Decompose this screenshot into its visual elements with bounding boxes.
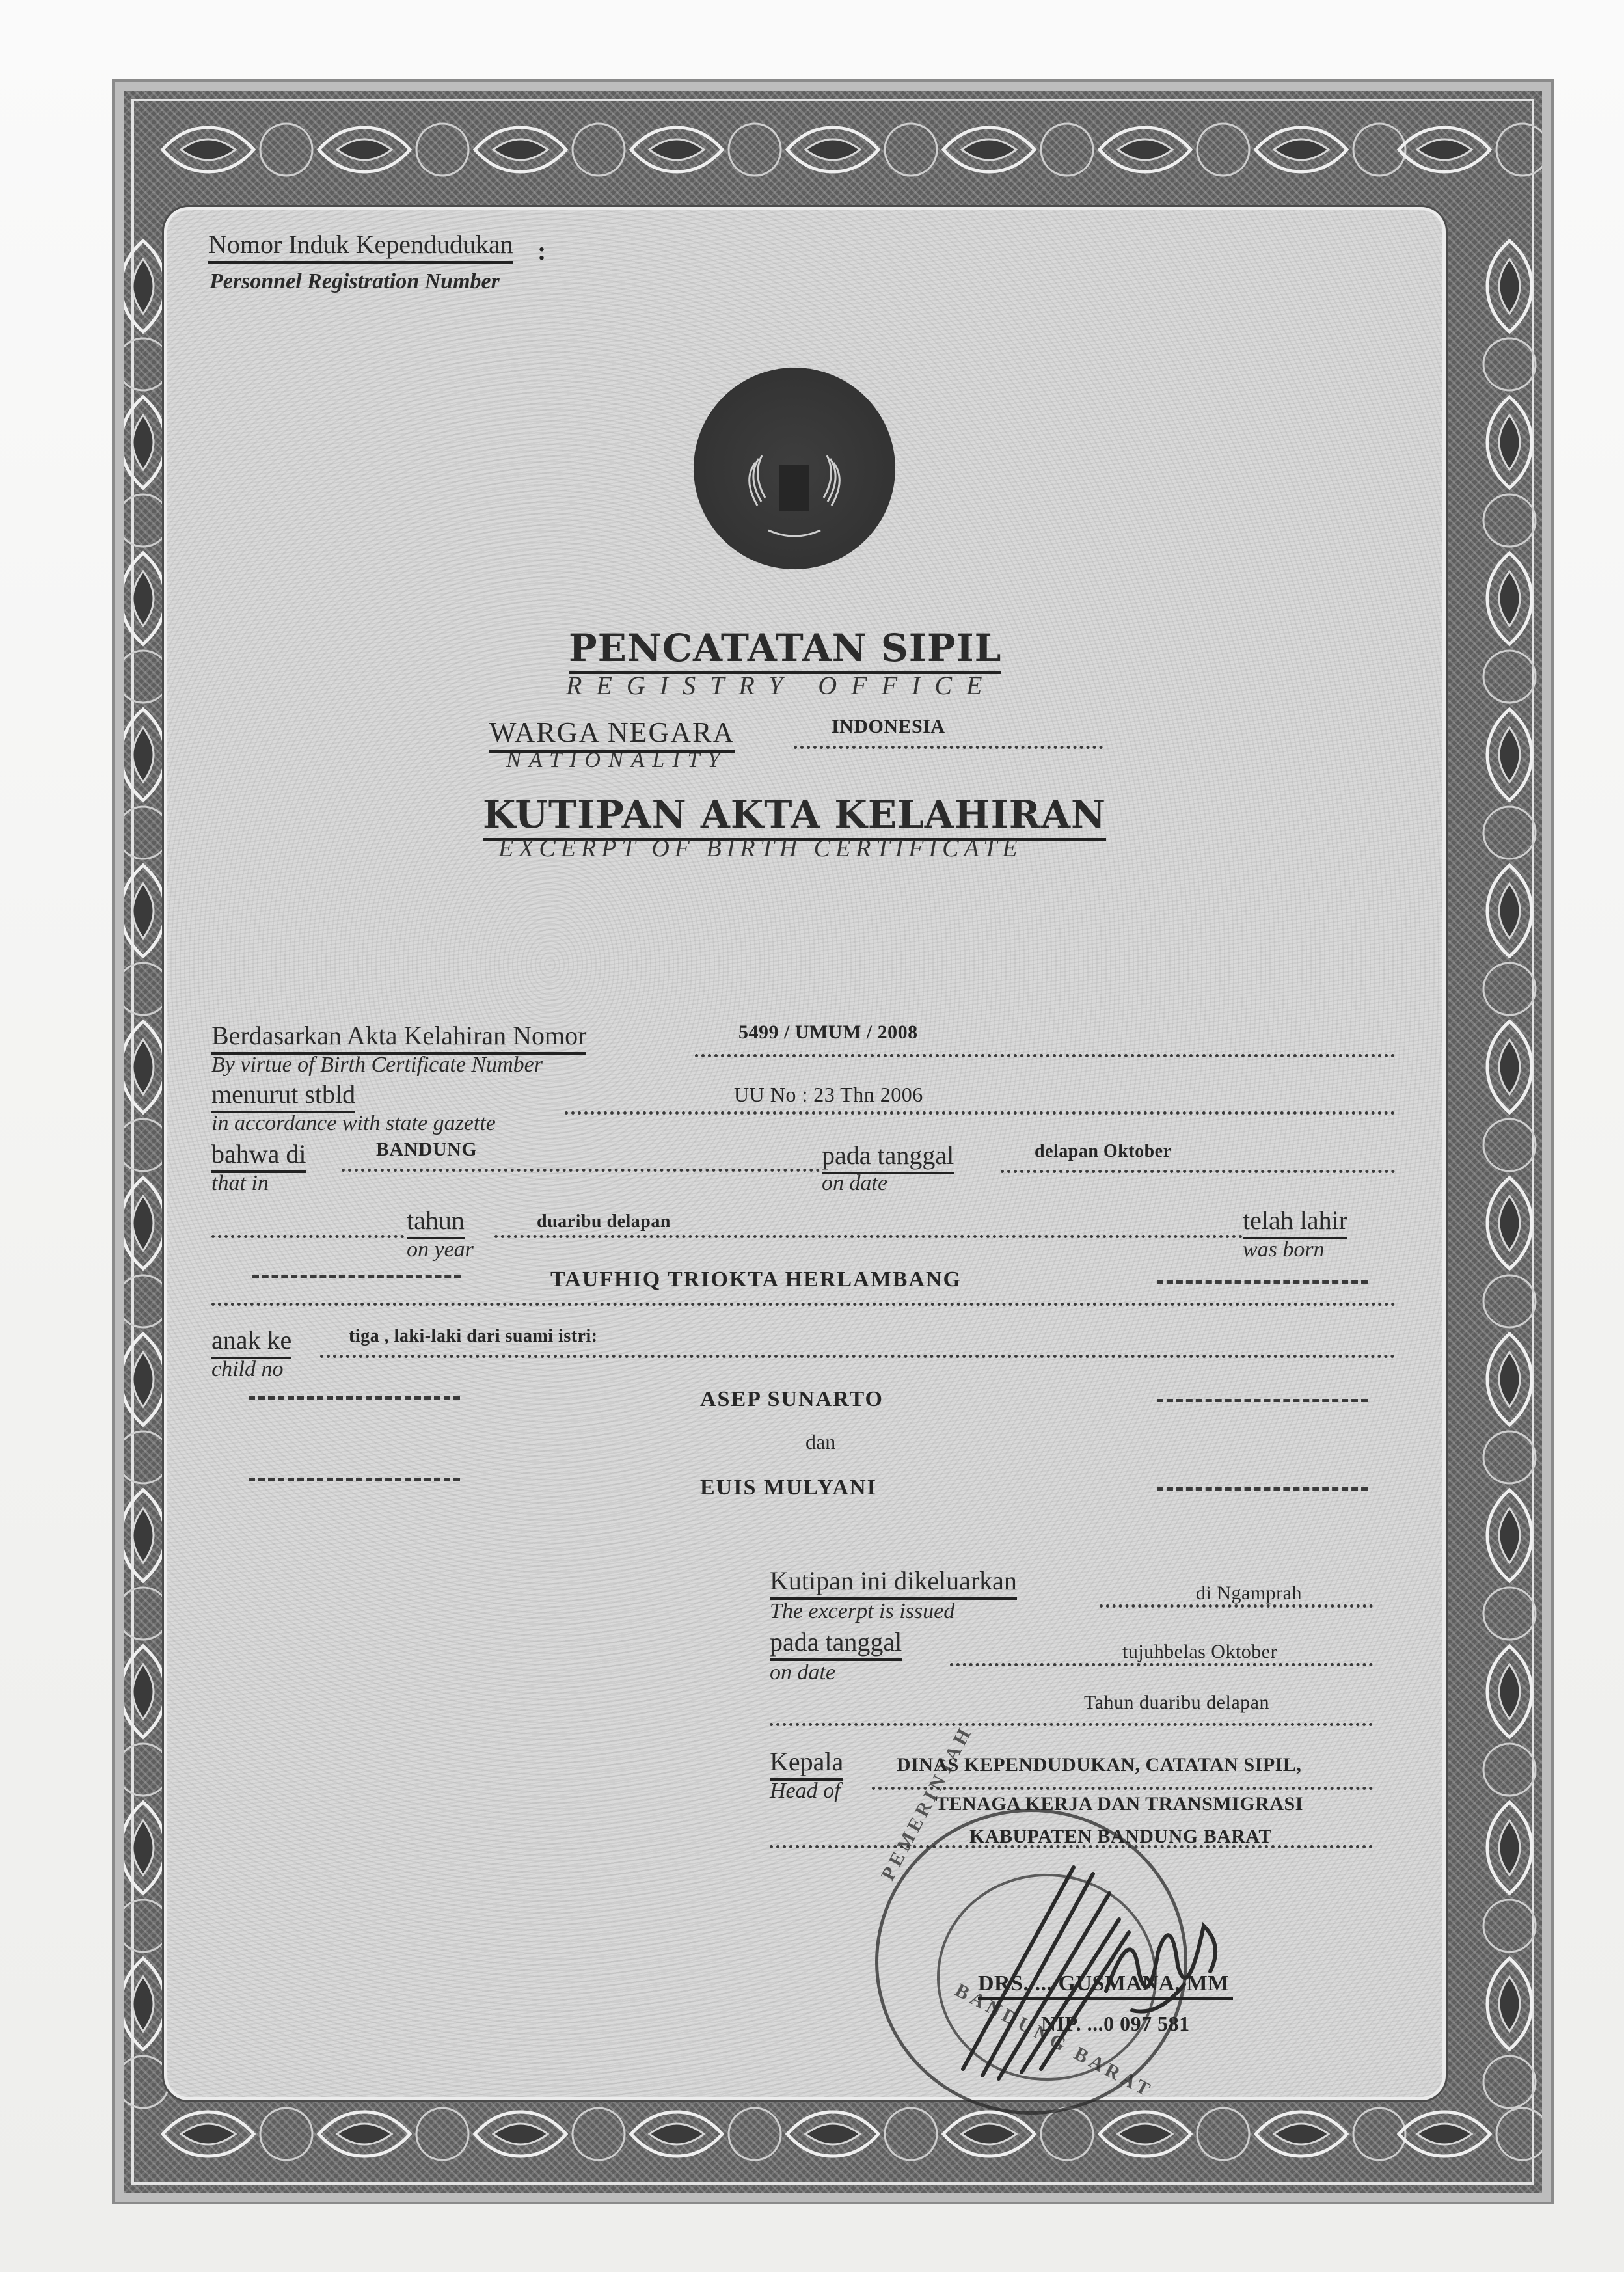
stbld-label-en: in accordance with state gazette <box>211 1111 496 1136</box>
place-value: BANDUNG <box>376 1139 477 1161</box>
nationality-label-en: NATIONALITY <box>506 748 727 773</box>
stbld-value: UU No : 23 Thn 2006 <box>734 1083 923 1107</box>
emblem-graphic <box>694 368 895 569</box>
stbld-label-id: menurut stbld <box>211 1079 355 1113</box>
father-dash-right <box>1157 1399 1368 1402</box>
child-no-label-id: anak ke <box>211 1325 291 1359</box>
father-dash-left <box>249 1396 460 1400</box>
year-dotted-line-left <box>211 1235 404 1238</box>
place-dotted-line <box>342 1169 820 1172</box>
year-label-id: tahun <box>407 1205 465 1239</box>
cert-number-value: 5499 / UMUM / 2008 <box>738 1021 918 1044</box>
official-nip: NIP. ...0 097 581 <box>1041 2012 1190 2036</box>
garuda-emblem-icon <box>694 368 895 569</box>
issued-label-id: Kutipan ini dikeluarkan <box>770 1565 1017 1600</box>
registration-label-en: Personnel Registration Number <box>210 269 500 294</box>
issue-date-label-id: pada tanggal <box>770 1627 902 1661</box>
issued-dotted-line <box>1100 1604 1373 1608</box>
certificate-subtitle: EXCERPT OF BIRTH CERTIFICATE <box>498 834 1023 863</box>
child-name: TAUFHIQ TRIOKTA HERLAMBANG <box>550 1267 962 1292</box>
born-label-en: was born <box>1243 1237 1325 1262</box>
issue-year-dotted-line <box>770 1723 1373 1726</box>
child-no-label-en: child no <box>211 1357 283 1382</box>
child-name-dash-right <box>1157 1280 1368 1284</box>
child-name-dash-left <box>252 1275 461 1278</box>
head-label-en: Head of <box>770 1779 841 1804</box>
date-label-id: pada tanggal <box>822 1140 954 1174</box>
born-label-id: telah lahir <box>1243 1205 1347 1239</box>
mother-dash-left <box>249 1478 460 1481</box>
date-value: delapan Oktober <box>1035 1141 1172 1162</box>
head-label-id: Kepala <box>770 1746 843 1781</box>
cert-number-label-id: Berdasarkan Akta Kelahiran Nomor <box>211 1020 586 1055</box>
nationality-label-id: WARGA NEGARA <box>489 716 735 753</box>
issue-date-value: tujuhbelas Oktober <box>1122 1641 1277 1663</box>
certificate-title: KUTIPAN AKTA KELAHIRAN <box>483 792 1106 841</box>
cert-number-label-en: By virtue of Birth Certificate Number <box>211 1053 543 1077</box>
child-no-value: tiga , laki-laki dari suami istri: <box>349 1326 598 1347</box>
issued-label-en: The excerpt is issued <box>770 1599 954 1624</box>
nationality-value: INDONESIA <box>832 716 945 738</box>
child-no-dotted-line <box>320 1355 1395 1358</box>
conjunction: dan <box>805 1430 835 1454</box>
father-name: ASEP SUNARTO <box>700 1387 884 1412</box>
registration-colon: : <box>537 236 546 266</box>
issued-value: di Ngamprah <box>1196 1582 1302 1604</box>
issue-year-value: Tahun duaribu delapan <box>1084 1692 1269 1714</box>
issue-date-label-en: on date <box>770 1660 835 1685</box>
date-dotted-line <box>1001 1170 1395 1173</box>
office-line-2: TENAGA KERJA DAN TRANSMIGRASI <box>936 1793 1303 1815</box>
year-value: duaribu delapan <box>537 1211 671 1232</box>
place-label-en: that in <box>211 1171 269 1196</box>
year-label-en: on year <box>407 1237 474 1262</box>
stbld-dotted-line <box>565 1111 1395 1115</box>
cert-number-dotted-line <box>695 1054 1395 1057</box>
place-label-id: bahwa di <box>211 1139 306 1173</box>
office-subtitle: REGISTRY OFFICE <box>566 670 996 701</box>
mother-name: EUIS MULYANI <box>700 1476 877 1500</box>
child-name-dotted-line <box>211 1303 1396 1306</box>
nationality-dotted-line <box>794 746 1103 749</box>
issue-date-dotted-line <box>950 1663 1373 1666</box>
mother-dash-right <box>1157 1487 1368 1491</box>
registration-label-id: Nomor Induk Kependudukan <box>208 229 513 264</box>
official-name: DRS. ... GUSMANA, MM <box>978 1971 1233 2000</box>
office-title: PENCATATAN SIPIL <box>569 626 1001 674</box>
year-dotted-line <box>494 1235 1243 1238</box>
date-label-en: on date <box>822 1171 887 1196</box>
